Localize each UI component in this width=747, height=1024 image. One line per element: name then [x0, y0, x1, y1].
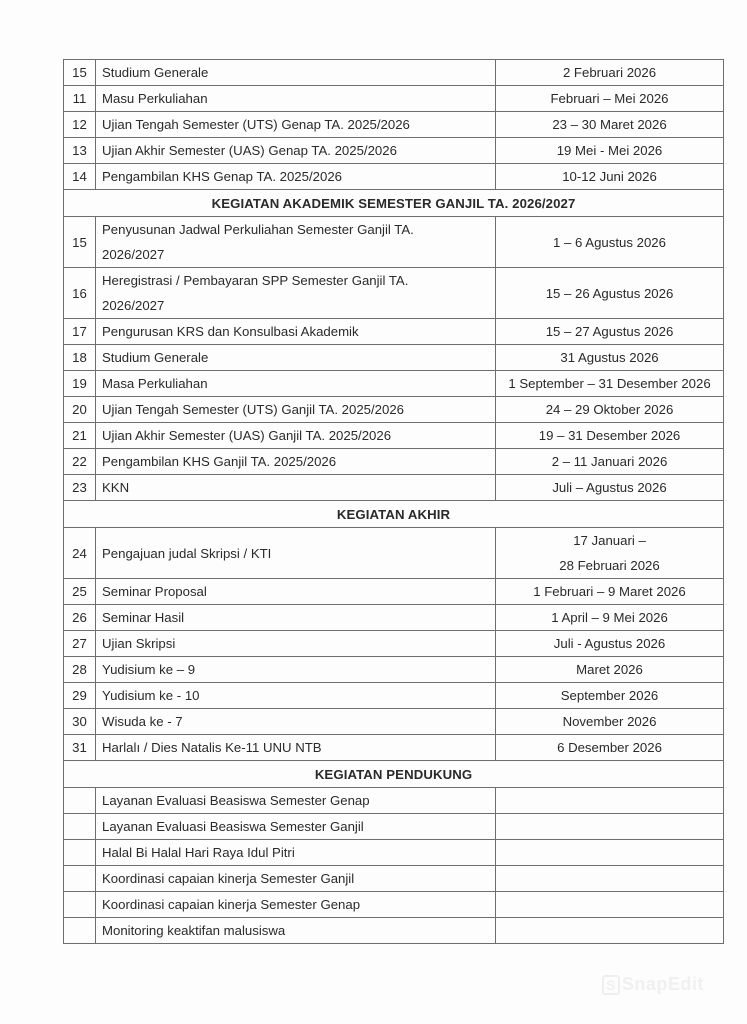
date-cell: 1 September – 31 Desember 2026: [496, 371, 724, 397]
watermark: SSnapEdit: [602, 974, 704, 995]
activity-cell: Yudisium ke - 10: [96, 683, 496, 709]
row-number: 16: [64, 268, 96, 319]
activity-cell: Layanan Evaluasi Beasiswa Semester Genap: [96, 788, 496, 814]
date-cell: 31 Agustus 2026: [496, 345, 724, 371]
date-cell: Maret 2026: [496, 657, 724, 683]
date-cell: 19 – 31 Desember 2026: [496, 423, 724, 449]
table-row: 15Penyusunan Jadwal Perkuliahan Semester…: [64, 217, 724, 268]
table-row: 23KKNJuli – Agustus 2026: [64, 475, 724, 501]
date-cell: 24 – 29 Oktober 2026: [496, 397, 724, 423]
watermark-text: SnapEdit: [622, 974, 704, 994]
table-row: 31Harlalı / Dies Natalis Ke-11 UNU NTB6 …: [64, 735, 724, 761]
section-title: KEGIATAN AKADEMIK SEMESTER GANJIL TA. 20…: [64, 190, 724, 217]
table-row: 15Studium Generale2 Februari 2026: [64, 60, 724, 86]
row-number: 22: [64, 449, 96, 475]
activity-line-1: Heregistrasi / Pembayaran SPP Semester G…: [102, 268, 489, 293]
activity-cell: Pengurusan KRS dan Konsulbasi Akademik: [96, 319, 496, 345]
table-row: Layanan Evaluasi Beasiswa Semester Ganji…: [64, 814, 724, 840]
activity-cell: Monitoring keaktifan malusiswa: [96, 918, 496, 944]
activity-line-2: 2026/2027: [102, 242, 489, 267]
table-row: Layanan Evaluasi Beasiswa Semester Genap: [64, 788, 724, 814]
academic-calendar-table: 15Studium Generale2 Februari 202611Masu …: [63, 59, 724, 944]
date-cell: 2 Februari 2026: [496, 60, 724, 86]
activity-cell: Heregistrasi / Pembayaran SPP Semester G…: [96, 268, 496, 319]
date-line-2: 28 Februari 2026: [502, 553, 717, 578]
row-number: [64, 788, 96, 814]
table-row: 29Yudisium ke - 10September 2026: [64, 683, 724, 709]
table-row: 24Pengajuan judal Skripsi / KTI17 Januar…: [64, 528, 724, 579]
section-header-akhir: KEGIATAN AKHIR: [64, 501, 724, 528]
row-number: [64, 918, 96, 944]
activity-cell: Yudisium ke – 9: [96, 657, 496, 683]
table-row: 20Ujian Tengah Semester (UTS) Ganjil TA.…: [64, 397, 724, 423]
section-header-pendukung: KEGIATAN PENDUKUNG: [64, 761, 724, 788]
row-number: 17: [64, 319, 96, 345]
activity-cell: Wisuda ke - 7: [96, 709, 496, 735]
row-number: 24: [64, 528, 96, 579]
activity-cell: Ujian Skripsi: [96, 631, 496, 657]
table-row: 25Seminar Proposal1 Februari – 9 Maret 2…: [64, 579, 724, 605]
activity-cell: Ujian Tengah Semester (UTS) Genap TA. 20…: [96, 112, 496, 138]
date-cell: 19 Mei - Mei 2026: [496, 138, 724, 164]
table-row: 28Yudisium ke – 9Maret 2026: [64, 657, 724, 683]
row-number: 23: [64, 475, 96, 501]
activity-cell: Pengambilan KHS Ganjil TA. 2025/2026: [96, 449, 496, 475]
table-row: 19Masa Perkuliahan1 September – 31 Desem…: [64, 371, 724, 397]
row-number: 21: [64, 423, 96, 449]
table-row: 18Studium Generale31 Agustus 2026: [64, 345, 724, 371]
activity-cell: Masa Perkuliahan: [96, 371, 496, 397]
date-cell: Februari – Mei 2026: [496, 86, 724, 112]
row-number: 20: [64, 397, 96, 423]
date-cell: [496, 840, 724, 866]
row-number: [64, 814, 96, 840]
row-number: 19: [64, 371, 96, 397]
table-row: 13Ujian Akhir Semester (UAS) Genap TA. 2…: [64, 138, 724, 164]
activity-cell: Studium Generale: [96, 345, 496, 371]
table-row: 21Ujian Akhir Semester (UAS) Ganjil TA. …: [64, 423, 724, 449]
activity-cell: Masu Perkuliahan: [96, 86, 496, 112]
activity-cell: Harlalı / Dies Natalis Ke-11 UNU NTB: [96, 735, 496, 761]
activity-cell: KKN: [96, 475, 496, 501]
date-cell: 15 – 27 Agustus 2026: [496, 319, 724, 345]
activity-cell: Ujian Tengah Semester (UTS) Ganjil TA. 2…: [96, 397, 496, 423]
section-title: KEGIATAN PENDUKUNG: [64, 761, 724, 788]
date-cell: 15 – 26 Agustus 2026: [496, 268, 724, 319]
row-number: 28: [64, 657, 96, 683]
date-cell: 6 Desember 2026: [496, 735, 724, 761]
table-row: 22Pengambilan KHS Ganjil TA. 2025/20262 …: [64, 449, 724, 475]
row-number: 15: [64, 217, 96, 268]
date-cell: [496, 788, 724, 814]
table-row: 26Seminar Hasil1 April – 9 Mei 2026: [64, 605, 724, 631]
table-row: Koordinasi capaian kinerja Semester Gena…: [64, 892, 724, 918]
table-row: Monitoring keaktifan malusiswa: [64, 918, 724, 944]
row-number: 11: [64, 86, 96, 112]
table-row: Halal Bi Halal Hari Raya Idul Pitri: [64, 840, 724, 866]
row-number: 13: [64, 138, 96, 164]
row-number: 25: [64, 579, 96, 605]
row-number: 18: [64, 345, 96, 371]
table-row: 16Heregistrasi / Pembayaran SPP Semester…: [64, 268, 724, 319]
row-number: [64, 840, 96, 866]
activity-cell: Seminar Hasil: [96, 605, 496, 631]
table-row: 14Pengambilan KHS Genap TA. 2025/202610-…: [64, 164, 724, 190]
activity-line-2: 2026/2027: [102, 293, 489, 318]
activity-cell: Koordinasi capaian kinerja Semester Gena…: [96, 892, 496, 918]
table-row: 30Wisuda ke - 7November 2026: [64, 709, 724, 735]
activity-cell: Pengajuan judal Skripsi / KTI: [96, 528, 496, 579]
table-body: 15Studium Generale2 Februari 202611Masu …: [64, 60, 724, 944]
table-row: Koordinasi capaian kinerja Semester Ganj…: [64, 866, 724, 892]
activity-cell: Koordinasi capaian kinerja Semester Ganj…: [96, 866, 496, 892]
date-cell: Juli - Agustus 2026: [496, 631, 724, 657]
table-row: 27Ujian SkripsiJuli - Agustus 2026: [64, 631, 724, 657]
activity-cell: Ujian Akhir Semester (UAS) Ganjil TA. 20…: [96, 423, 496, 449]
row-number: 26: [64, 605, 96, 631]
activity-cell: Halal Bi Halal Hari Raya Idul Pitri: [96, 840, 496, 866]
table-row: 12Ujian Tengah Semester (UTS) Genap TA. …: [64, 112, 724, 138]
date-cell: [496, 918, 724, 944]
row-number: [64, 892, 96, 918]
activity-cell: Ujian Akhir Semester (UAS) Genap TA. 202…: [96, 138, 496, 164]
row-number: 29: [64, 683, 96, 709]
date-cell: 1 April – 9 Mei 2026: [496, 605, 724, 631]
date-cell: 17 Januari –28 Februari 2026: [496, 528, 724, 579]
row-number: [64, 866, 96, 892]
section-title: KEGIATAN AKHIR: [64, 501, 724, 528]
date-cell: September 2026: [496, 683, 724, 709]
activity-cell: Pengambilan KHS Genap TA. 2025/2026: [96, 164, 496, 190]
date-cell: 10-12 Juni 2026: [496, 164, 724, 190]
date-cell: [496, 892, 724, 918]
row-number: 15: [64, 60, 96, 86]
date-cell: Juli – Agustus 2026: [496, 475, 724, 501]
table-row: 11Masu PerkuliahanFebruari – Mei 2026: [64, 86, 724, 112]
row-number: 31: [64, 735, 96, 761]
date-cell: 1 – 6 Agustus 2026: [496, 217, 724, 268]
date-line-1: 17 Januari –: [502, 528, 717, 553]
date-cell: 1 Februari – 9 Maret 2026: [496, 579, 724, 605]
activity-cell: Penyusunan Jadwal Perkuliahan Semester G…: [96, 217, 496, 268]
activity-cell: Studium Generale: [96, 60, 496, 86]
section-header-ganjil: KEGIATAN AKADEMIK SEMESTER GANJIL TA. 20…: [64, 190, 724, 217]
snapedit-logo-icon: S: [602, 975, 620, 995]
date-cell: [496, 814, 724, 840]
table-row: 17Pengurusan KRS dan Konsulbasi Akademik…: [64, 319, 724, 345]
activity-line-1: Penyusunan Jadwal Perkuliahan Semester G…: [102, 217, 489, 242]
date-cell: [496, 866, 724, 892]
date-cell: 2 – 11 Januari 2026: [496, 449, 724, 475]
date-cell: 23 – 30 Maret 2026: [496, 112, 724, 138]
row-number: 12: [64, 112, 96, 138]
activity-cell: Seminar Proposal: [96, 579, 496, 605]
activity-cell: Layanan Evaluasi Beasiswa Semester Ganji…: [96, 814, 496, 840]
row-number: 30: [64, 709, 96, 735]
row-number: 27: [64, 631, 96, 657]
date-cell: November 2026: [496, 709, 724, 735]
row-number: 14: [64, 164, 96, 190]
